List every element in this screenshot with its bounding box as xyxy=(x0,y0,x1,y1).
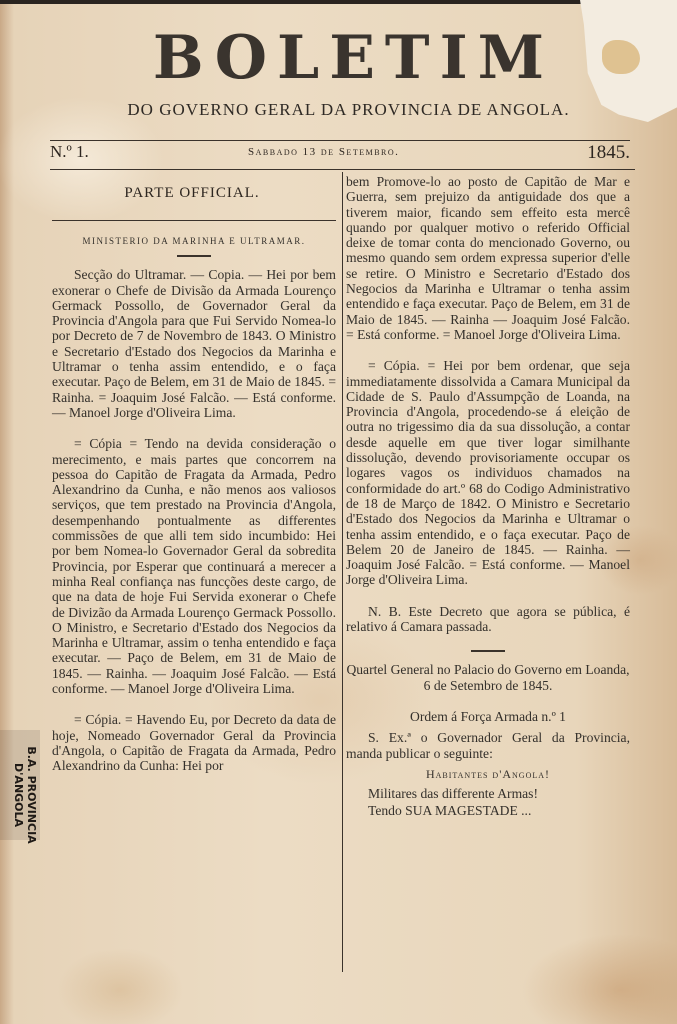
column-divider xyxy=(342,172,343,972)
newspaper-subtitle: DO GOVERNO GERAL DA PROVINCIA DE ANGOLA. xyxy=(20,100,677,120)
decree-paragraph: = Cópia. = Havendo Eu, por Decreto da da… xyxy=(52,712,336,773)
short-rule xyxy=(177,255,211,257)
page-top-edge xyxy=(0,0,677,4)
left-column: MINISTERIO DA MARINHA E ULTRAMAR. Secção… xyxy=(52,234,336,790)
nota-bene: N. B. Este Decreto que agora se pública,… xyxy=(346,604,630,635)
section-heading: PARTE OFFICIAL. xyxy=(52,185,332,202)
dateline: N.º 1. Sabbado 13 de Setembro. 1845. xyxy=(50,140,630,170)
rule-below-section xyxy=(52,220,336,221)
ordem-heading: Ordem á Força Armada n.º 1 xyxy=(346,709,630,724)
decree-paragraph: = Cópia. = Hei por bem ordenar, que seja… xyxy=(346,358,630,587)
issue-date: Sabbado 13 de Setembro. xyxy=(248,146,399,158)
newspaper-title: BOLETIM xyxy=(30,28,677,88)
library-stamp-text: B.A. PROVINCIA D'ANGOLA xyxy=(2,740,38,850)
short-rule xyxy=(471,650,505,652)
right-column: bem Promove-lo ao posto de Capitão de Ma… xyxy=(346,174,630,819)
ministry-heading: MINISTERIO DA MARINHA E ULTRAMAR. xyxy=(52,234,336,249)
newspaper-page: BOLETIM DO GOVERNO GERAL DA PROVINCIA DE… xyxy=(0,0,677,1024)
tendo-line: Tendo SUA MAGESTADE ... xyxy=(346,803,630,818)
order-intro: S. Ex.ª o Governador Geral da Provincia,… xyxy=(346,730,630,761)
decree-paragraph: bem Promove-lo ao posto de Capitão de Ma… xyxy=(346,174,630,342)
rule-below-dateline xyxy=(50,169,635,170)
militares-line: Militares das differente Armas! xyxy=(346,786,630,801)
issue-number: N.º 1. xyxy=(50,142,89,162)
stamp-line-1: B.A. PROVINCIA xyxy=(25,740,38,850)
issue-year: 1845. xyxy=(587,142,630,164)
decree-paragraph: = Cópia = Tendo na devida consideração o… xyxy=(52,436,336,696)
habitantes-heading: Habitantes d'Angola! xyxy=(346,767,630,782)
stamp-line-2: D'ANGOLA xyxy=(12,740,25,850)
decree-paragraph: Secção do Ultramar. — Copia. — Hei por b… xyxy=(52,267,336,420)
masthead: BOLETIM DO GOVERNO GERAL DA PROVINCIA DE… xyxy=(0,28,677,120)
quartel-general: Quartel General no Palacio do Governo em… xyxy=(346,662,630,693)
